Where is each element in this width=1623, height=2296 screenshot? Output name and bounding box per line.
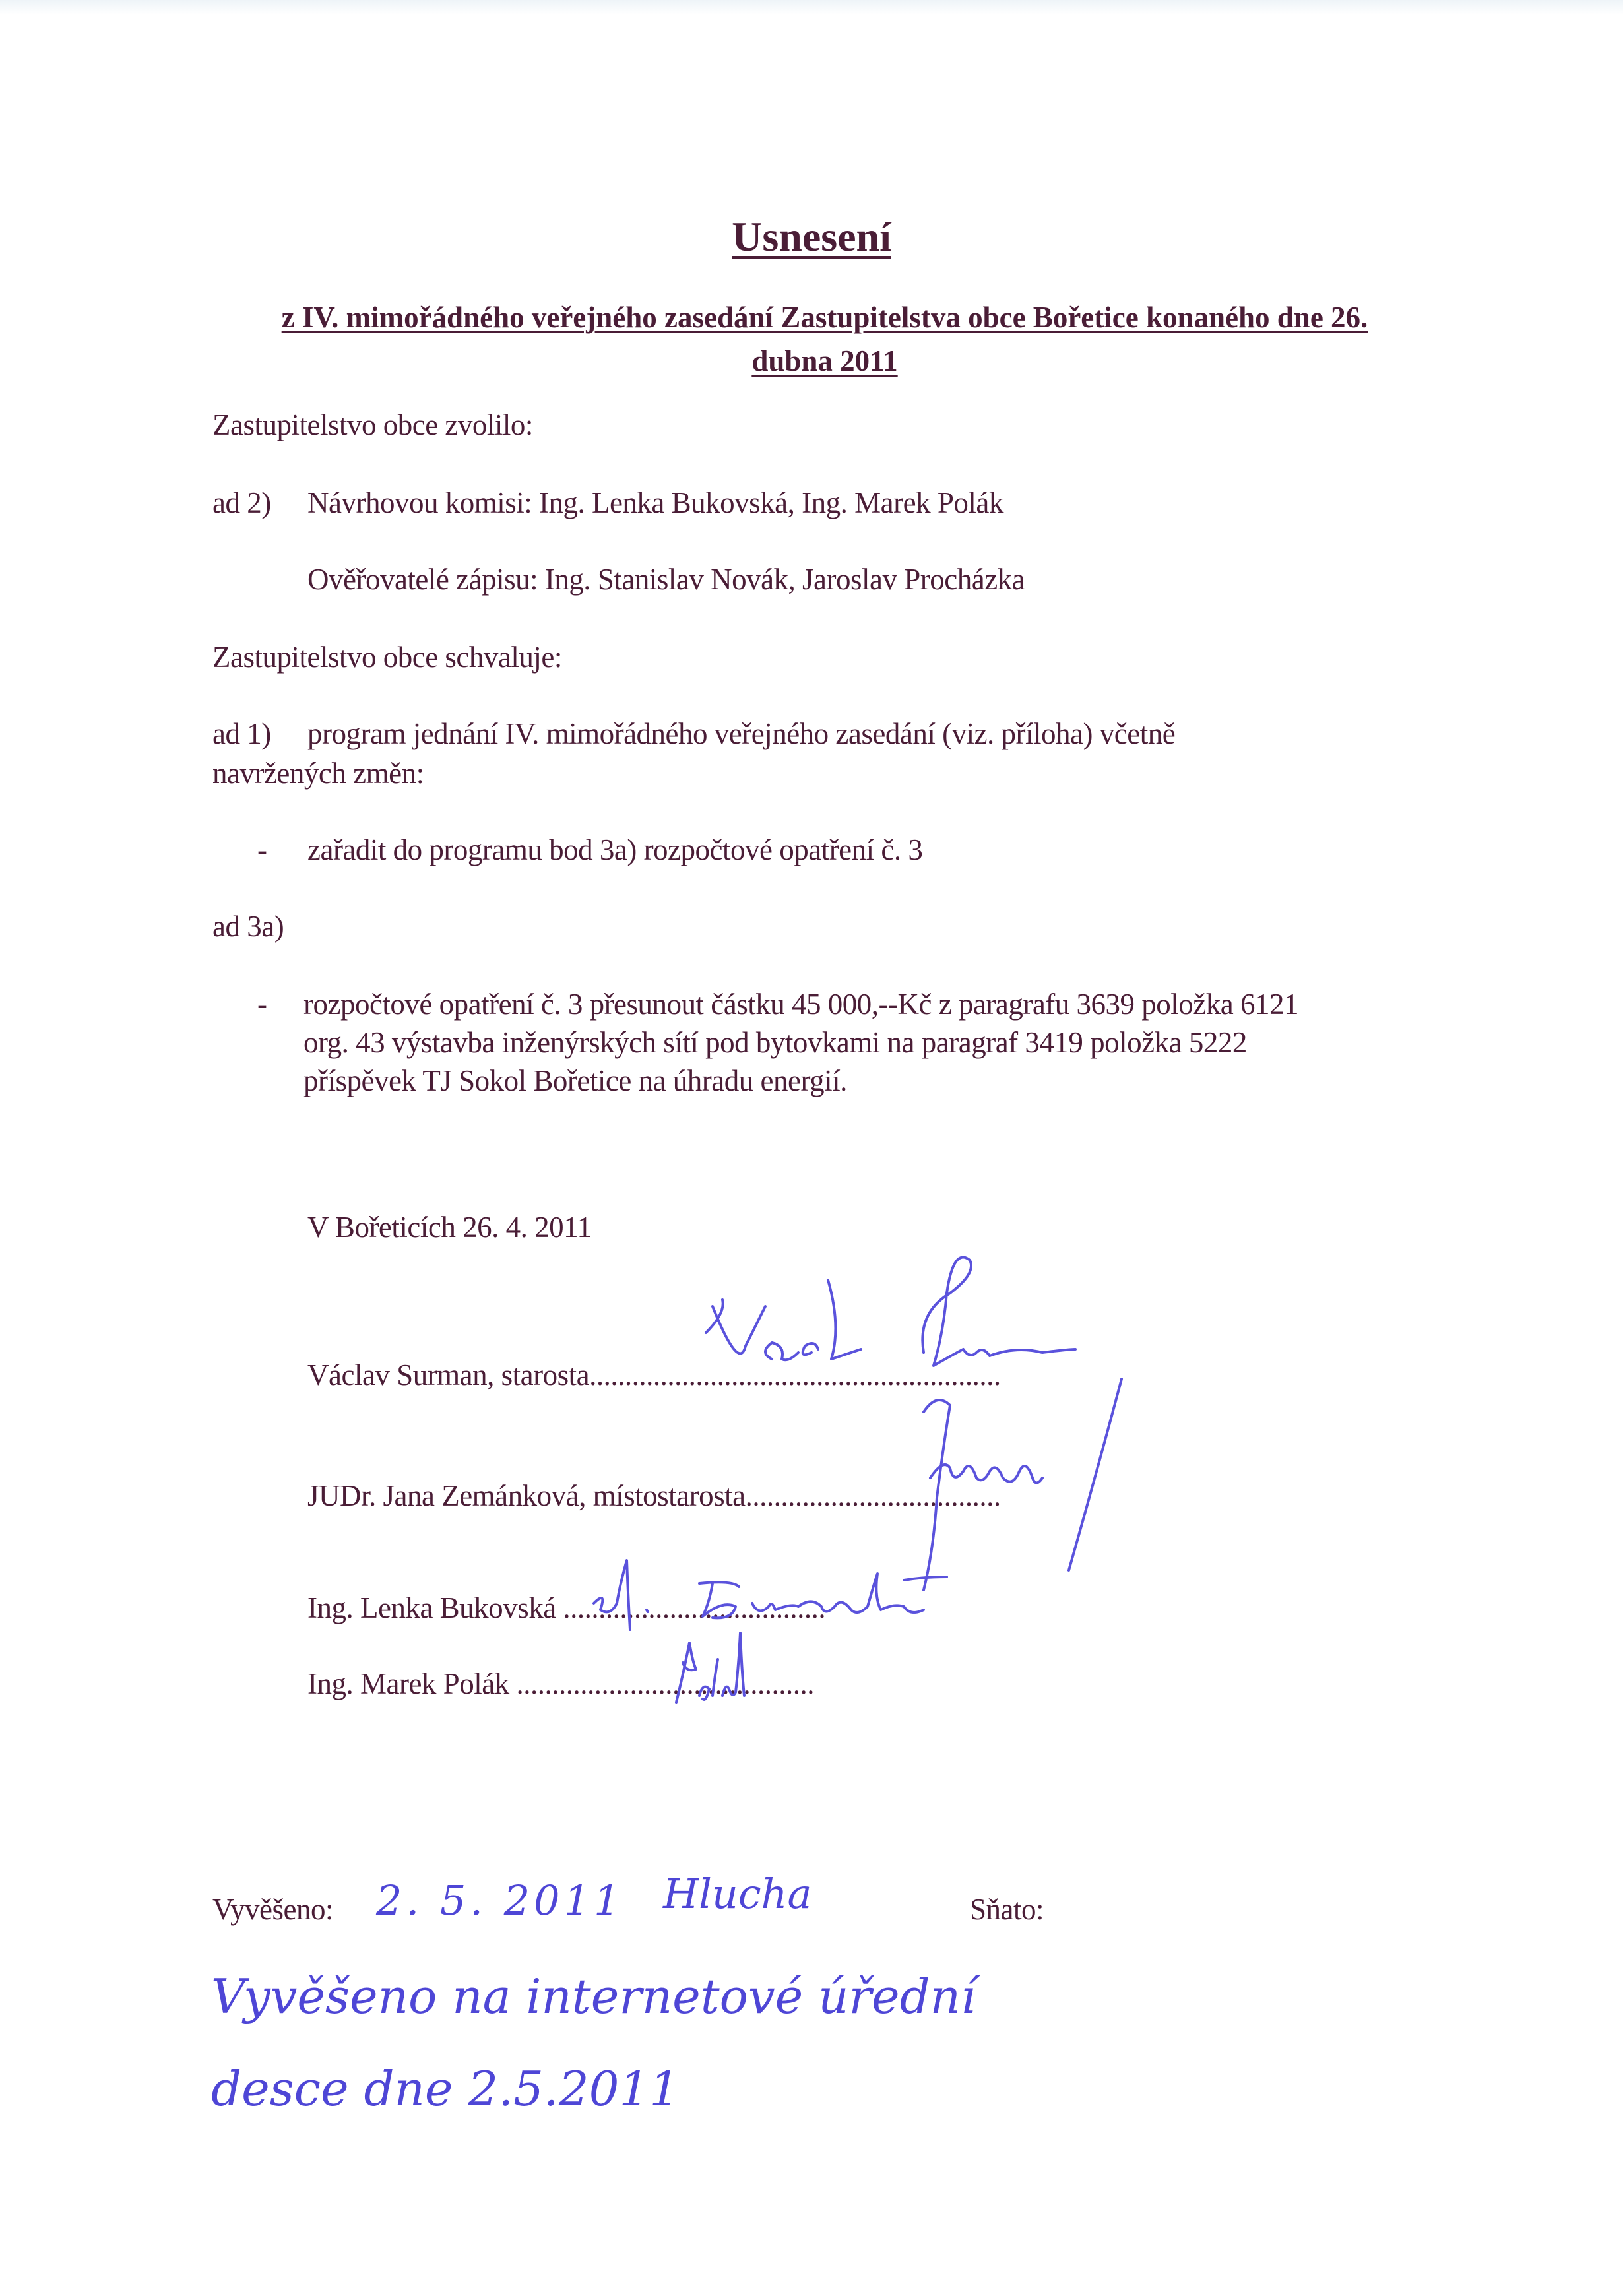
- signatory-label: Ing. Lenka Bukovská: [307, 1591, 556, 1624]
- subtitle-line-1: z IV. mimořádného veřejného zasedání Zas…: [282, 301, 1368, 334]
- signatory-label: Václav Surman, starosta: [307, 1358, 589, 1391]
- removed-label: Sňato:: [970, 1895, 1044, 1925]
- posted-label: Vyvěšeno:: [212, 1895, 333, 1925]
- ad3a-line-1: rozpočtové opatření č. 3 přesunout částk…: [303, 990, 1298, 1019]
- ad3a-line-2: org. 43 výstavba inženýrských sítí pod b…: [303, 1028, 1247, 1058]
- scan-edge: [0, 0, 1623, 15]
- signature-bukovska: [581, 1544, 1003, 1630]
- posted-handwritten-signature: Hlucha: [663, 1874, 811, 1915]
- signature-dots: ........................................…: [509, 1667, 814, 1700]
- bullet-marker: -: [257, 990, 267, 1019]
- subtitle-line-2: dubna 2011: [751, 344, 897, 377]
- ad2-text: Návrhovou komisi: Ing. Lenka Bukovská, I…: [307, 488, 1003, 518]
- document-subtitle: z IV. mimořádného veřejného zasedání Zas…: [198, 296, 1451, 383]
- posted-handwritten-date: 2. 5. 2011: [376, 1880, 624, 1921]
- ad1-line-2: navržených změn:: [212, 759, 424, 788]
- ad3a-label: ad 3a): [212, 912, 284, 941]
- elected-heading: Zastupitelstvo obce zvolilo:: [212, 410, 533, 440]
- ad1-line-1: program jednání IV. mimořádného veřejnéh…: [307, 719, 1175, 749]
- ad2-label: ad 2): [212, 488, 271, 518]
- ad1-label: ad 1): [212, 719, 271, 749]
- title-text: Usnesení: [732, 213, 891, 260]
- signature-polak: [666, 1630, 759, 1709]
- ad1-bullet: zařadit do programu bod 3a) rozpočtové o…: [307, 835, 922, 865]
- document-title: Usnesení: [0, 212, 1623, 261]
- verifiers-text: Ověřovatelé zápisu: Ing. Stanislav Novák…: [307, 565, 1025, 594]
- handwritten-note-line-1: Vyvěšeno na internetové úřední: [211, 1973, 976, 2020]
- ad3a-line-3: příspěvek TJ Sokol Bořetice na úhradu en…: [303, 1066, 847, 1096]
- signatory-label: Ing. Marek Polák: [307, 1667, 509, 1700]
- handwritten-note-line-2: desce dne 2.5.2011: [211, 2065, 680, 2113]
- signatory-label: JUDr. Jana Zemánková, místostarosta: [307, 1479, 746, 1512]
- signature-surman: [699, 1254, 1108, 1399]
- bullet-marker: -: [257, 835, 267, 865]
- place-date: V Bořeticích 26. 4. 2011: [307, 1213, 591, 1242]
- approves-heading: Zastupitelstvo obce schvaluje:: [212, 643, 562, 672]
